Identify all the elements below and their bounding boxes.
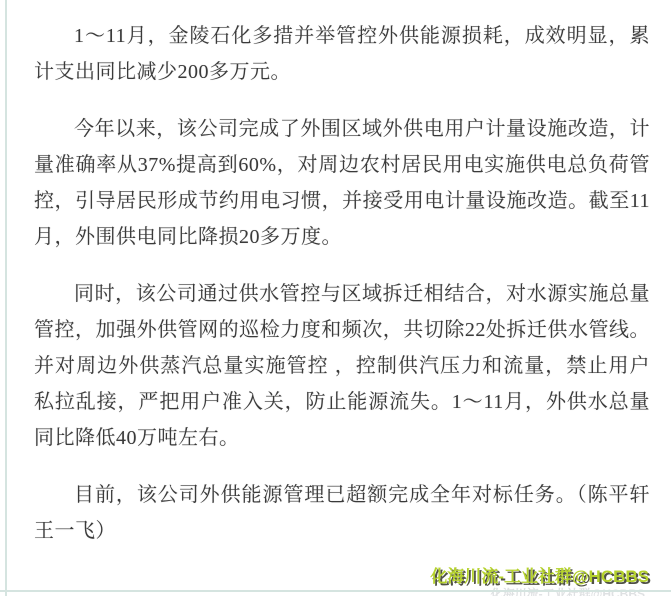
article-page: { "page": { "background": "#ffffff", "te…: [0, 0, 671, 596]
article-paragraph: 同时，该公司通过供水管控与区域拆迁相结合，对水源实施总量管控，加强外供管网的巡检…: [34, 276, 650, 456]
article-paragraph: 目前，该公司外供能源管理已超额完成全年对标任务。（陈平轩 王一飞）: [34, 477, 650, 549]
bottom-edge-rule: [0, 590, 671, 592]
article-paragraph: 1～11月，金陵石化多措并举管控外供能源损耗，成效明显，累计支出同比减少200多…: [34, 18, 650, 90]
site-watermark: 化海川流-工业社群@HCBBS: [430, 562, 649, 587]
article-body: 1～11月，金陵石化多措并举管控外供能源损耗，成效明显，累计支出同比减少200多…: [34, 18, 650, 570]
article-paragraph: 今年以来，该公司完成了外围区域外供电用户计量设施改造，计量准确率从37%提高到6…: [34, 111, 650, 255]
left-edge-rule: [5, 0, 7, 596]
